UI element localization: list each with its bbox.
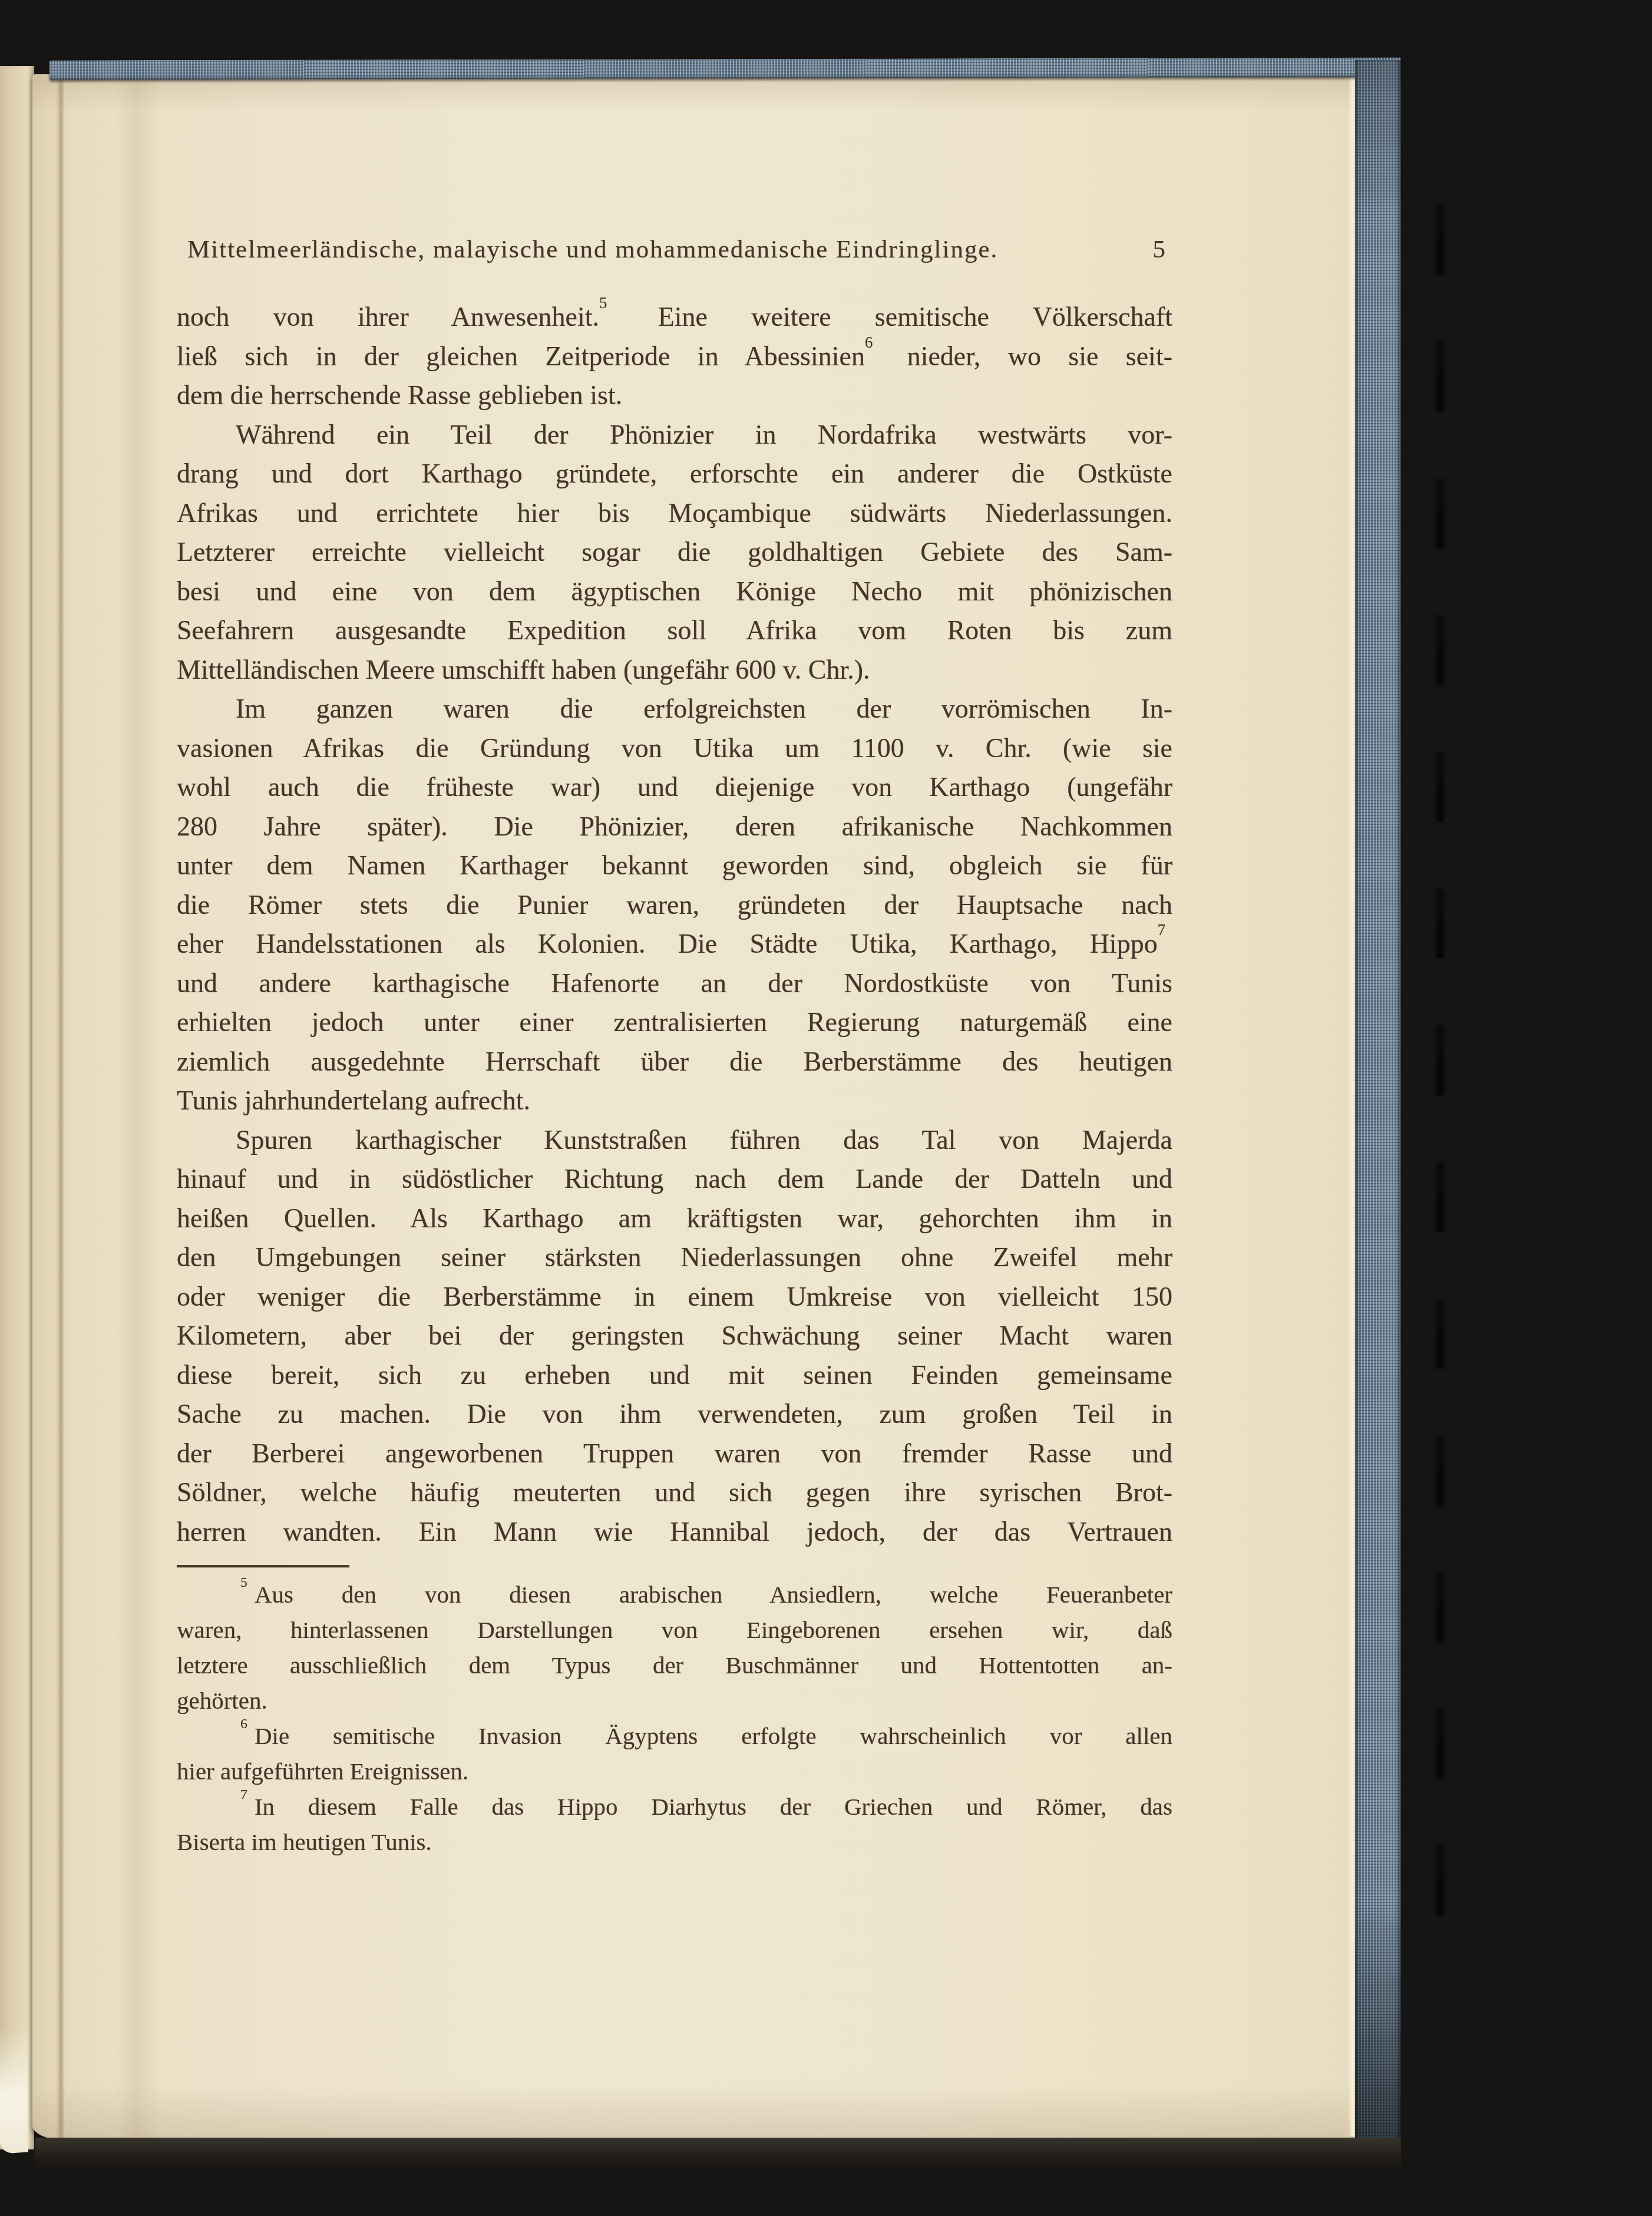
text-line: Letzterer erreichte vielleicht sogar die… [177, 533, 1172, 572]
text-line: der Berberei angeworbenen Truppen waren … [177, 1434, 1172, 1474]
text-line: hinauf und in südöstlicher Richtung nach… [177, 1160, 1172, 1199]
stitch-mark [1436, 343, 1443, 411]
stitch-mark [1436, 1163, 1443, 1231]
text-line: heißen Quellen. Als Karthago am kräftigs… [177, 1199, 1172, 1239]
text-line: Biserta im heutigen Tunis. [177, 1824, 1172, 1860]
stitch-mark [1436, 753, 1443, 821]
text-line: vasionen Afrikas die Gründung von Utika … [177, 729, 1172, 768]
stitch-mark [1436, 1710, 1443, 1778]
stitch-mark [1436, 616, 1443, 685]
text-line: wohl auch die früheste war) und diejenig… [177, 768, 1172, 807]
text-line: Spuren karthagischer Kunststraßen führen… [177, 1121, 1172, 1160]
text-line: gehörten. [177, 1683, 1172, 1718]
text-line: waren, hinterlassenen Darstellungen von … [177, 1612, 1172, 1647]
text-line: eher Handelsstationen als Kolonien. Die … [177, 924, 1172, 964]
page-gutter-crease [56, 74, 65, 2141]
text-line: Kilometern, aber bei der geringsten Schw… [177, 1316, 1172, 1356]
stitch-mark [1436, 1847, 1443, 1915]
text-line: Mittelländischen Meere umschifft haben (… [177, 650, 1172, 690]
book-page: Mittelmeerländische, malayische und moha… [32, 74, 1358, 2141]
text-line: noch von ihrer Anwesenheit.5 Eine weiter… [177, 298, 1172, 337]
text-line: herren wandten. Ein Mann wie Hannibal je… [177, 1512, 1172, 1552]
text-line: 280 Jahre später). Die Phönizier, deren … [177, 807, 1172, 847]
stitch-mark [1436, 206, 1443, 275]
book-cover-cloth-bottom-edge [35, 2138, 1401, 2172]
footnote-marker: 5 [599, 294, 607, 312]
footnote-marker: 5 [240, 1575, 247, 1590]
text-line: unter dem Namen Karthager bekannt geword… [177, 846, 1172, 886]
page-edge-highlight-bottom-left [0, 2025, 28, 2154]
stitch-mark [1436, 1026, 1443, 1095]
page-number: 5 [1153, 235, 1173, 265]
text-line: erhielten jedoch unter einer zentralisie… [177, 1003, 1172, 1042]
page-shadow-band [115, 74, 162, 2141]
stitch-mark [1436, 1573, 1443, 1642]
text-line: Tunis jahrhundertelang aufrecht. [177, 1081, 1172, 1121]
footnote-marker: 7 [1158, 921, 1165, 939]
book-cover-cloth-right [1355, 60, 1401, 2148]
text-line: und andere karthagische Hafenorte an der… [177, 964, 1172, 1003]
footnote-marker: 6 [865, 333, 873, 351]
text-line: ziemlich ausgedehnte Herrschaft über die… [177, 1042, 1172, 1082]
stitch-mark [1436, 1300, 1443, 1368]
stitch-mark [1436, 890, 1443, 958]
page-edge-stack [0, 66, 34, 2149]
main-text: noch von ihrer Anwesenheit.5 Eine weiter… [177, 298, 1172, 1551]
text-line: Seefahrern ausgesandte Expedition soll A… [177, 611, 1172, 650]
footnote-rule [177, 1565, 349, 1567]
text-line: 6Die semitische Invasion Ägyptens erfolg… [177, 1718, 1172, 1753]
footnote-marker: 7 [240, 1787, 247, 1802]
text-line: Während ein Teil der Phönizier in Nordaf… [177, 415, 1172, 455]
text-line: Afrikas und errichtete hier bis Moçambiq… [177, 494, 1172, 533]
text-line: die Römer stets die Punier waren, gründe… [177, 886, 1172, 925]
page-header: Mittelmeerländische, malayische und moha… [177, 235, 1172, 265]
text-line: 7In diesem Falle das Hippo Diarhytus der… [177, 1789, 1172, 1824]
stitch-mark [1436, 1436, 1443, 1505]
text-line: besi und eine von dem ägyptischen Könige… [177, 572, 1172, 612]
binding-stitches [1436, 0, 1443, 2216]
text-line: letztere ausschließlich dem Typus der Bu… [177, 1647, 1172, 1683]
stitch-mark [1436, 480, 1443, 548]
text-line: Im ganzen waren die erfolgreichsten der … [177, 689, 1172, 729]
text-line: diese bereit, sich zu erheben und mit se… [177, 1356, 1172, 1395]
text-line: dem die herrschende Rasse geblieben ist. [177, 376, 1172, 415]
text-line: oder weniger die Berberstämme in einem U… [177, 1277, 1172, 1317]
book-cover-cloth-top [49, 58, 1401, 80]
text-line: 5Aus den von diesen arabischen Ansiedler… [177, 1577, 1172, 1612]
running-title: Mittelmeerländische, malayische und moha… [177, 235, 998, 265]
footnotes-text: 5Aus den von diesen arabischen Ansiedler… [177, 1577, 1172, 1860]
text-line: Söldner, welche häufig meuterten und sic… [177, 1473, 1172, 1512]
text-line: den Umgebungen seiner stärksten Niederla… [177, 1238, 1172, 1277]
text-line: drang und dort Karthago gründete, erfors… [177, 454, 1172, 494]
text-line: Sache zu machen. Die von ihm verwendeten… [177, 1395, 1172, 1434]
text-line: hier aufgeführten Ereignissen. [177, 1753, 1172, 1789]
footnote-marker: 6 [240, 1716, 247, 1732]
text-line: ließ sich in der gleichen Zeitperiode in… [177, 337, 1172, 377]
